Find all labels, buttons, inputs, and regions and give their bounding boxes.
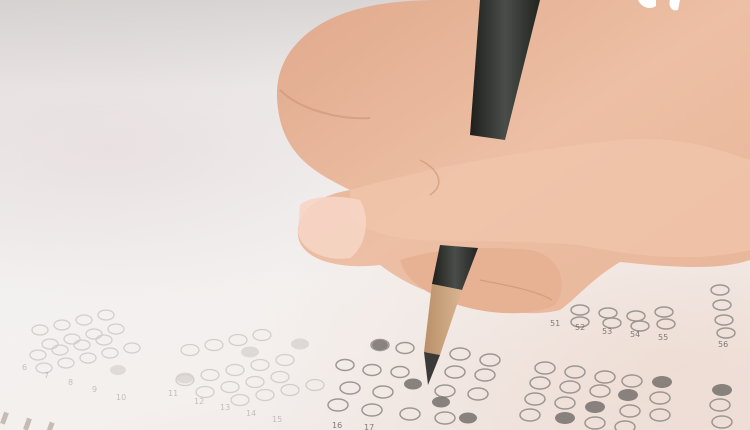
pencil-tip	[424, 284, 462, 355]
photo-scene: 6 7 8 9 10 11 12 13 14 15 16 17 51 52 53…	[0, 0, 750, 430]
watermark-logo-icon	[620, 0, 680, 14]
hand-with-pencil	[0, 0, 750, 430]
